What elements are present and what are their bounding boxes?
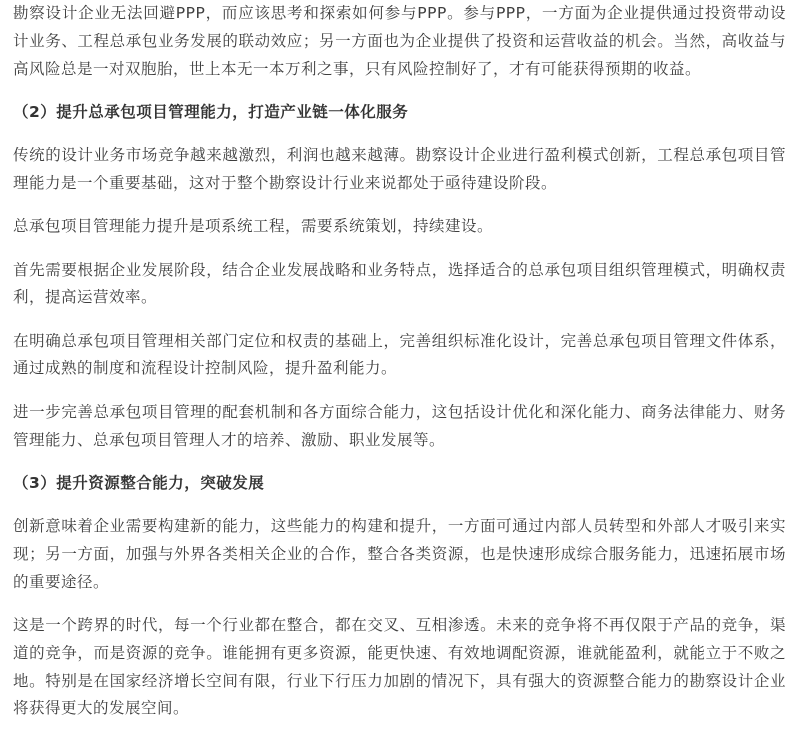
paragraph-design-market: 传统的设计业务市场竞争越来越激烈，利润也越来越薄。勘察设计企业进行盈利模式创新，… xyxy=(13,142,786,198)
paragraph-supporting-mechanism: 进一步完善总承包项目管理的配套机制和各方面综合能力，这包括设计优化和深化能力、商… xyxy=(13,399,786,455)
paragraph-ppp: 勘察设计企业无法回避PPP，而应该思考和探索如何参与PPP。参与PPP，一方面为… xyxy=(13,0,786,83)
section-heading-2: （2）提升总承包项目管理能力，打造产业链一体化服务 xyxy=(13,99,786,127)
paragraph-system-engineering: 总承包项目管理能力提升是项系统工程，需要系统策划，持续建设。 xyxy=(13,213,786,241)
paragraph-innovation: 创新意味着企业需要构建新的能力，这些能力的构建和提升，一方面可通过内部人员转型和… xyxy=(13,513,786,596)
paragraph-cross-border-era: 这是一个跨界的时代，每一个行业都在整合，都在交叉、互相渗透。未来的竞争将不再仅限… xyxy=(13,612,786,723)
article-body: 勘察设计企业无法回避PPP，而应该思考和探索如何参与PPP。参与PPP，一方面为… xyxy=(0,0,799,723)
paragraph-first-step: 首先需要根据企业发展阶段，结合企业发展战略和业务特点，选择适合的总承包项目组织管… xyxy=(13,257,786,313)
paragraph-standardization: 在明确总承包项目管理相关部门定位和权责的基础上，完善组织标准化设计，完善总承包项… xyxy=(13,328,786,384)
section-heading-3: （3）提升资源整合能力，突破发展 xyxy=(13,470,786,498)
